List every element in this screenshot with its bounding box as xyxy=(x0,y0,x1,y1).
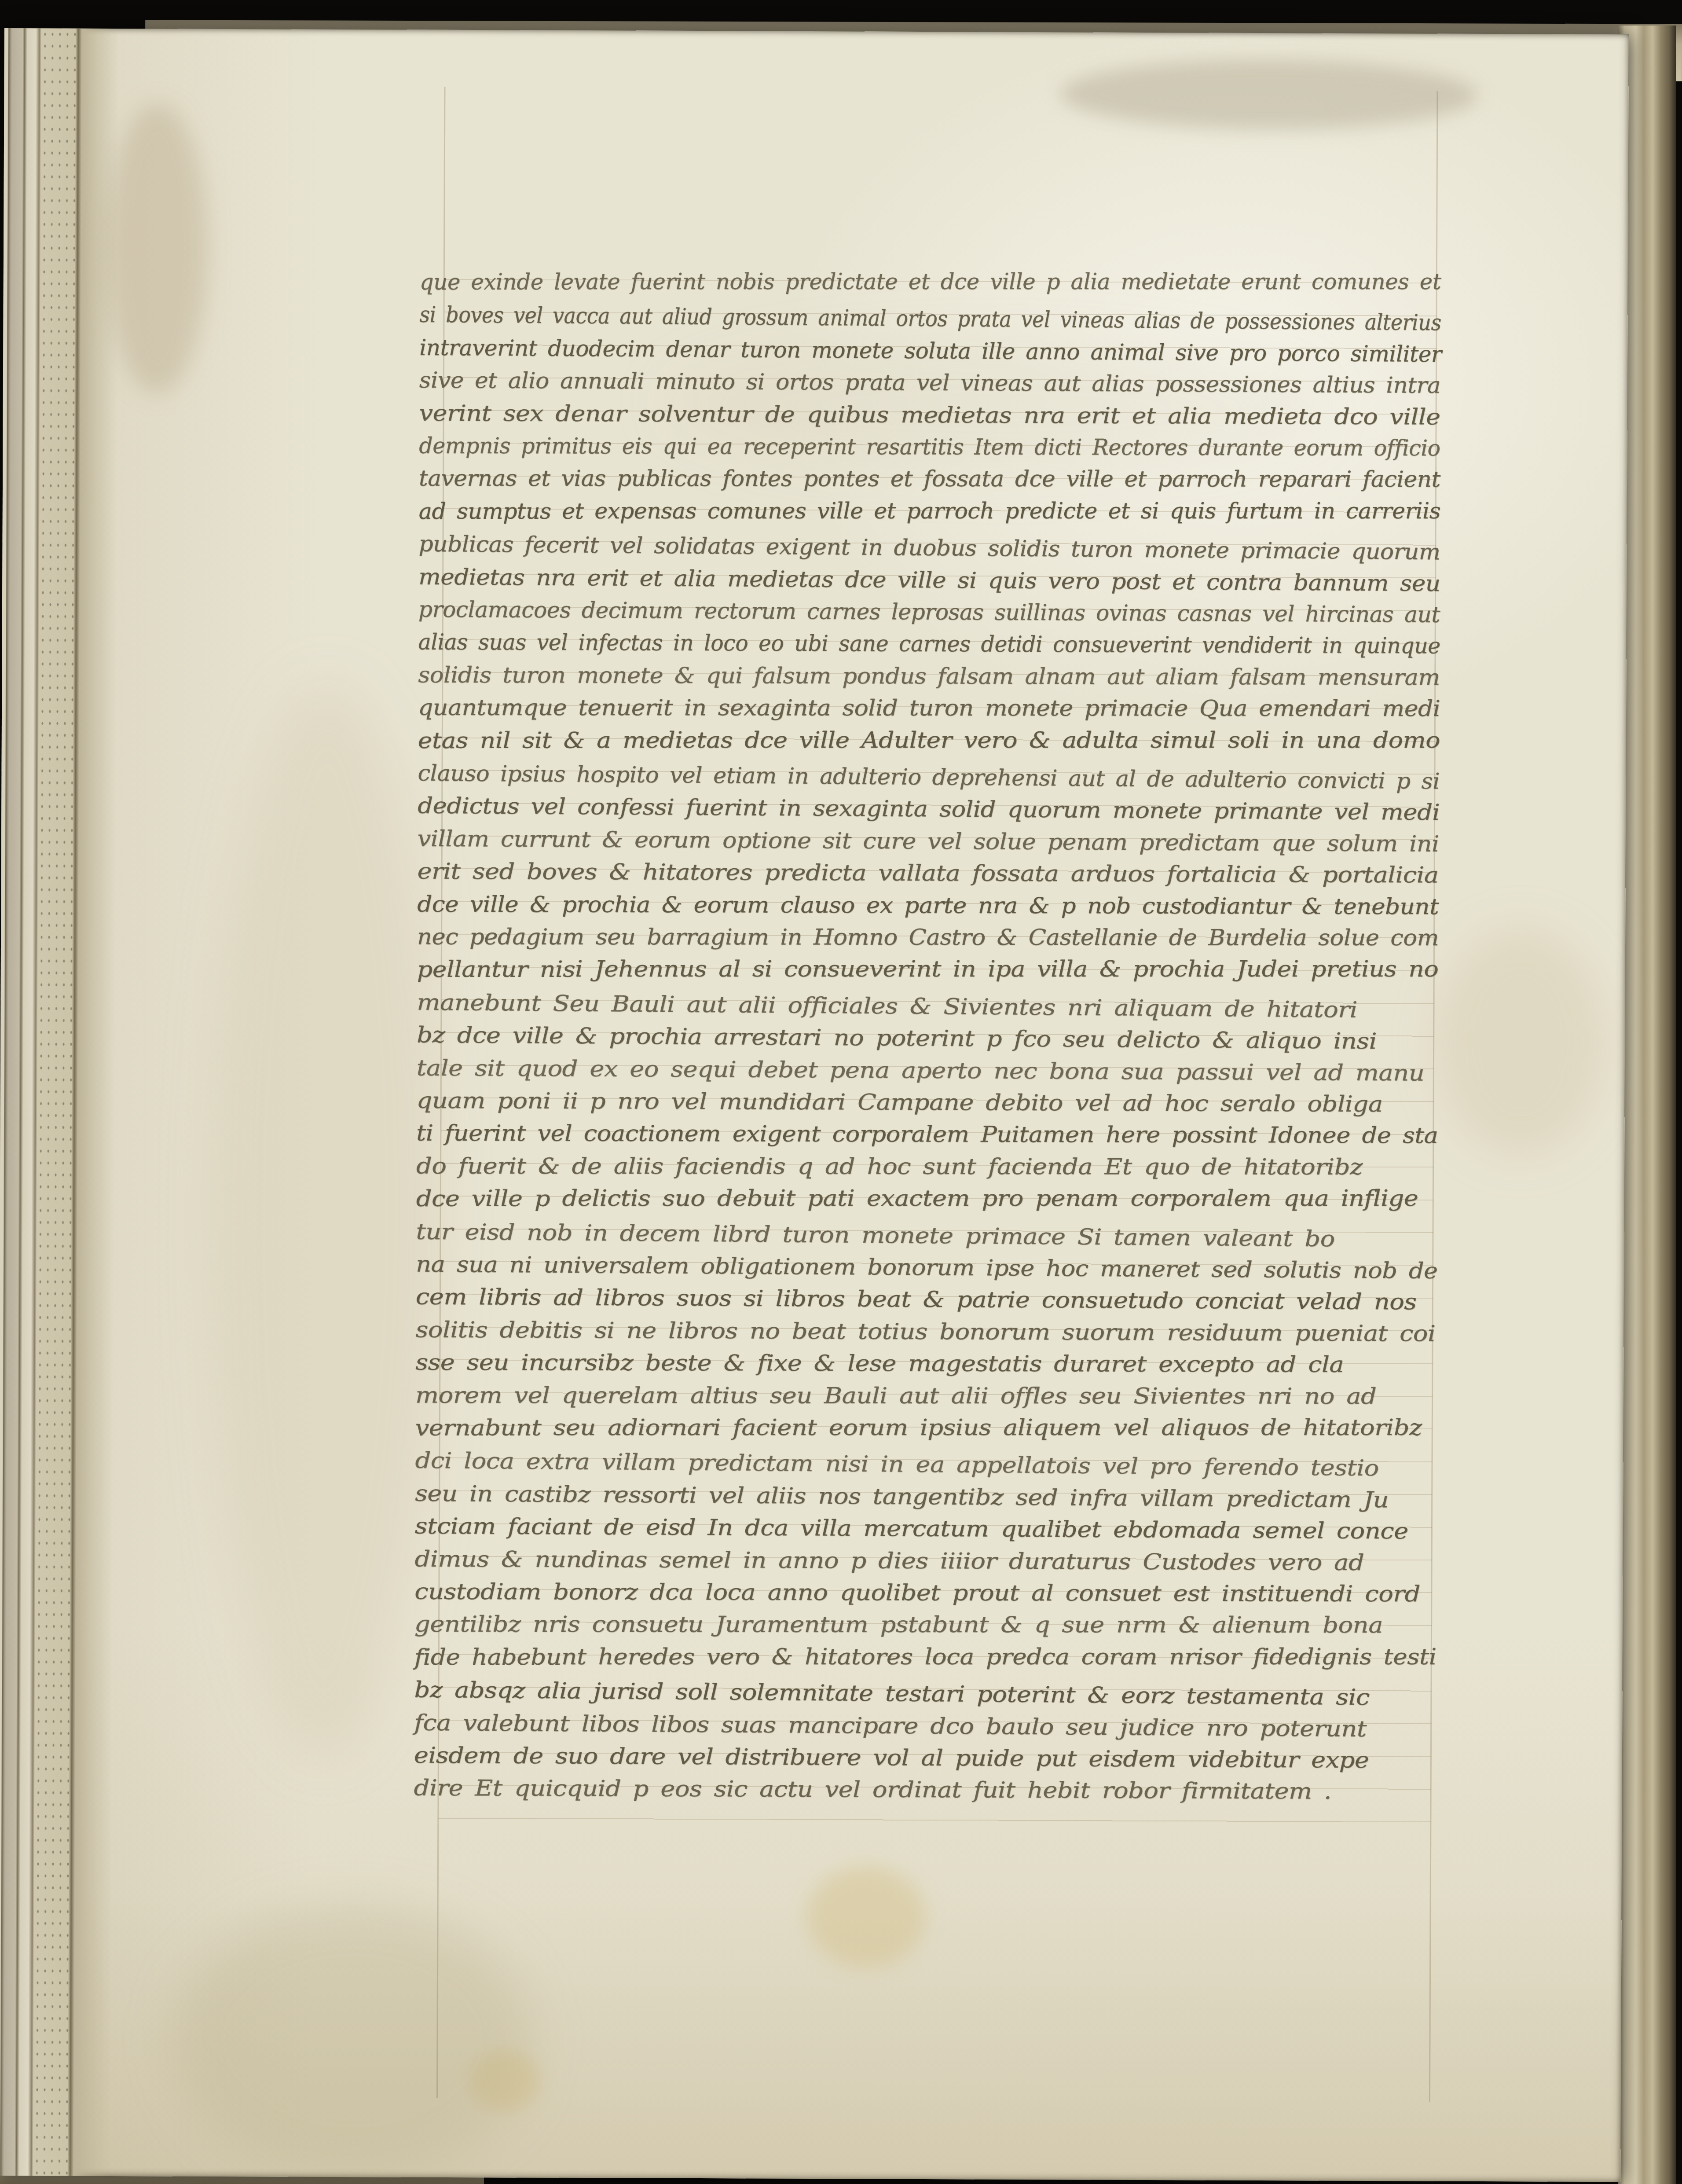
text-line: dire Et quicquid p eos sic actu vel ordi… xyxy=(414,1772,1332,1808)
text-line: dce ville & prochia & eorum clauso ex pa… xyxy=(417,888,1439,923)
text-line: dce ville p delictis suo debuit pati exa… xyxy=(416,1182,1418,1215)
text-line: cem libris ad libros suos si libros beat… xyxy=(416,1281,1417,1318)
text-line: quantumque tenuerit in sexaginta solid t… xyxy=(418,691,1440,725)
parchment-stain xyxy=(106,103,209,394)
text-line: tale sit quod ex eo sequi debet pena ape… xyxy=(417,1051,1425,1089)
manuscript-photo: que exinde levate fuerint nobis predicta… xyxy=(0,0,1682,2184)
text-line: solitis debitis si ne libros no beat tot… xyxy=(416,1313,1436,1350)
text-line: do fuerit & de aliis faciendis q ad hoc … xyxy=(416,1149,1363,1183)
text-line: que exinde levate fuerint nobis predicta… xyxy=(420,265,1441,298)
text-line: dimus & nundinas semel in anno p dies ii… xyxy=(415,1542,1364,1579)
text-line: eisdem de suo dare vel distribuere vol a… xyxy=(414,1739,1369,1777)
text-line: etas nil sit & a medietas dce ville Adul… xyxy=(418,723,1440,756)
handwritten-text-block: que exinde levate fuerint nobis predicta… xyxy=(414,266,1441,1836)
text-line: morem vel querelam altius seu Bauli aut … xyxy=(415,1379,1376,1413)
text-line: solidis turon monete & qui falsum pondus… xyxy=(418,658,1440,694)
text-line: villam currunt & eorum optione sit cure … xyxy=(418,822,1439,860)
text-line: verint sex denar solventur de quibus med… xyxy=(419,396,1440,433)
text-line: quam poni ii p nro vel mundidari Campane… xyxy=(417,1084,1383,1121)
parchment-stain xyxy=(1434,927,1607,1156)
parchment-stain xyxy=(172,1904,534,2178)
text-line: tavernas et vias publicas fontes pontes … xyxy=(419,462,1440,496)
text-line: alias suas vel infectas in loco eo ubi s… xyxy=(418,626,1440,662)
text-line: pellantur nisi Jehennus al si consueveri… xyxy=(417,953,1439,986)
text-line: sive et alio annuali minuto si ortos pra… xyxy=(419,364,1441,402)
parchment-stain xyxy=(806,1866,926,1968)
text-line: stciam faciant de eisd In dca villa merc… xyxy=(415,1510,1408,1548)
text-line: ad sumptus et expensas comunes ville et … xyxy=(419,495,1441,528)
text-line: proclamacoes decimum rectorum carnes lep… xyxy=(418,593,1440,631)
text-line: ti fuerint vel coactionem exigent corpor… xyxy=(416,1117,1438,1152)
text-line: sse seu incursibz beste & fixe & lese ma… xyxy=(415,1346,1344,1381)
text-line: dempnis primitus eis qui ea receperint r… xyxy=(419,429,1440,465)
ink-showthrough-shadow xyxy=(209,680,442,1759)
manuscript-page: que exinde levate fuerint nobis predicta… xyxy=(0,28,1629,2182)
text-line: nec pedagium seu barragium in Homno Cast… xyxy=(417,921,1439,954)
top-edge-smudge xyxy=(1060,59,1478,131)
text-line: bz dce ville & prochia arrestari no pote… xyxy=(417,1019,1377,1058)
text-line: fide habebunt heredes vero & hitatores l… xyxy=(414,1641,1436,1674)
text-line: custodiam bonorz dca loca anno quolibet … xyxy=(414,1575,1420,1611)
text-line: vernabunt seu adiornari facient eorum ip… xyxy=(415,1411,1422,1444)
text-line: gentilibz nris consuetu Juramentum pstab… xyxy=(414,1608,1383,1642)
text-line: erit sed boves & hitatores predicta vall… xyxy=(418,855,1439,892)
